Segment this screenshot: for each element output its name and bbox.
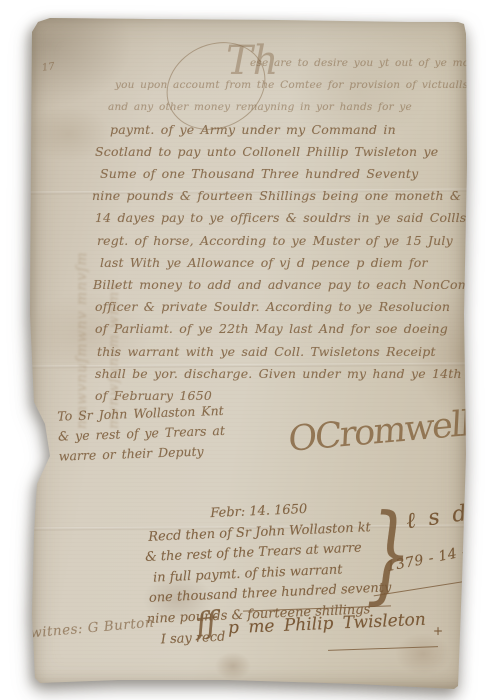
manuscript-line: paymt. of ye Army under my Command in	[110, 119, 468, 141]
signature-mark: +	[433, 624, 443, 638]
photo-background: nmwvnuſmwnv mnvſm mvnwſunvm wnmv 17 Th e…	[0, 0, 500, 700]
manuscript-line: of Parliamt. of ye 22th May last And for…	[95, 318, 468, 340]
warrant-body: ese are to desire you yt out of ye money…	[28, 52, 468, 407]
manuscript-line: you upon accoumt from the Comtee for pro…	[115, 74, 468, 96]
address-block: To Sr John Wollaston Knt & ye rest of ye…	[57, 399, 269, 466]
twisleton-underline	[328, 646, 438, 651]
manuscript-line: Billett money to add and advance pay to …	[93, 274, 468, 296]
manuscript-line: last With ye Allowance of vj d pence p d…	[100, 252, 468, 274]
per-me-flourish: ﬀ	[194, 605, 219, 642]
manuscript-line: officer & private Souldr. According to y…	[95, 296, 468, 318]
manuscript-line: regt. of horse, According to ye Muster o…	[97, 230, 468, 252]
manuscript-line: shall be yor. discharge. Given under my …	[95, 363, 468, 385]
manuscript-paper: nmwvnuſmwnv mnvſm mvnwſunvm wnmv 17 Th e…	[28, 14, 468, 690]
manuscript-line: ese are to desire you yt out of ye money…	[250, 52, 468, 74]
manuscript-line: nine pounds & fourteen Shillings being o…	[92, 185, 468, 207]
document-photo: nmwvnuſmwnv mnvſm mvnwſunvm wnmv 17 Th e…	[0, 0, 500, 700]
manuscript-line: this warrant with ye said Coll. Twisleto…	[97, 341, 468, 363]
manuscript-line: Scotland to pay unto Collonell Phillip T…	[95, 141, 468, 163]
manuscript-line: 14 dayes pay to ye officers & souldrs in…	[95, 207, 468, 229]
manuscript-line: Sume of one Thousand Three hundred Seven…	[100, 163, 468, 185]
cromwell-signature: OCromwell	[287, 404, 470, 460]
manuscript-line: and any other money remayning in yor han…	[108, 96, 468, 118]
